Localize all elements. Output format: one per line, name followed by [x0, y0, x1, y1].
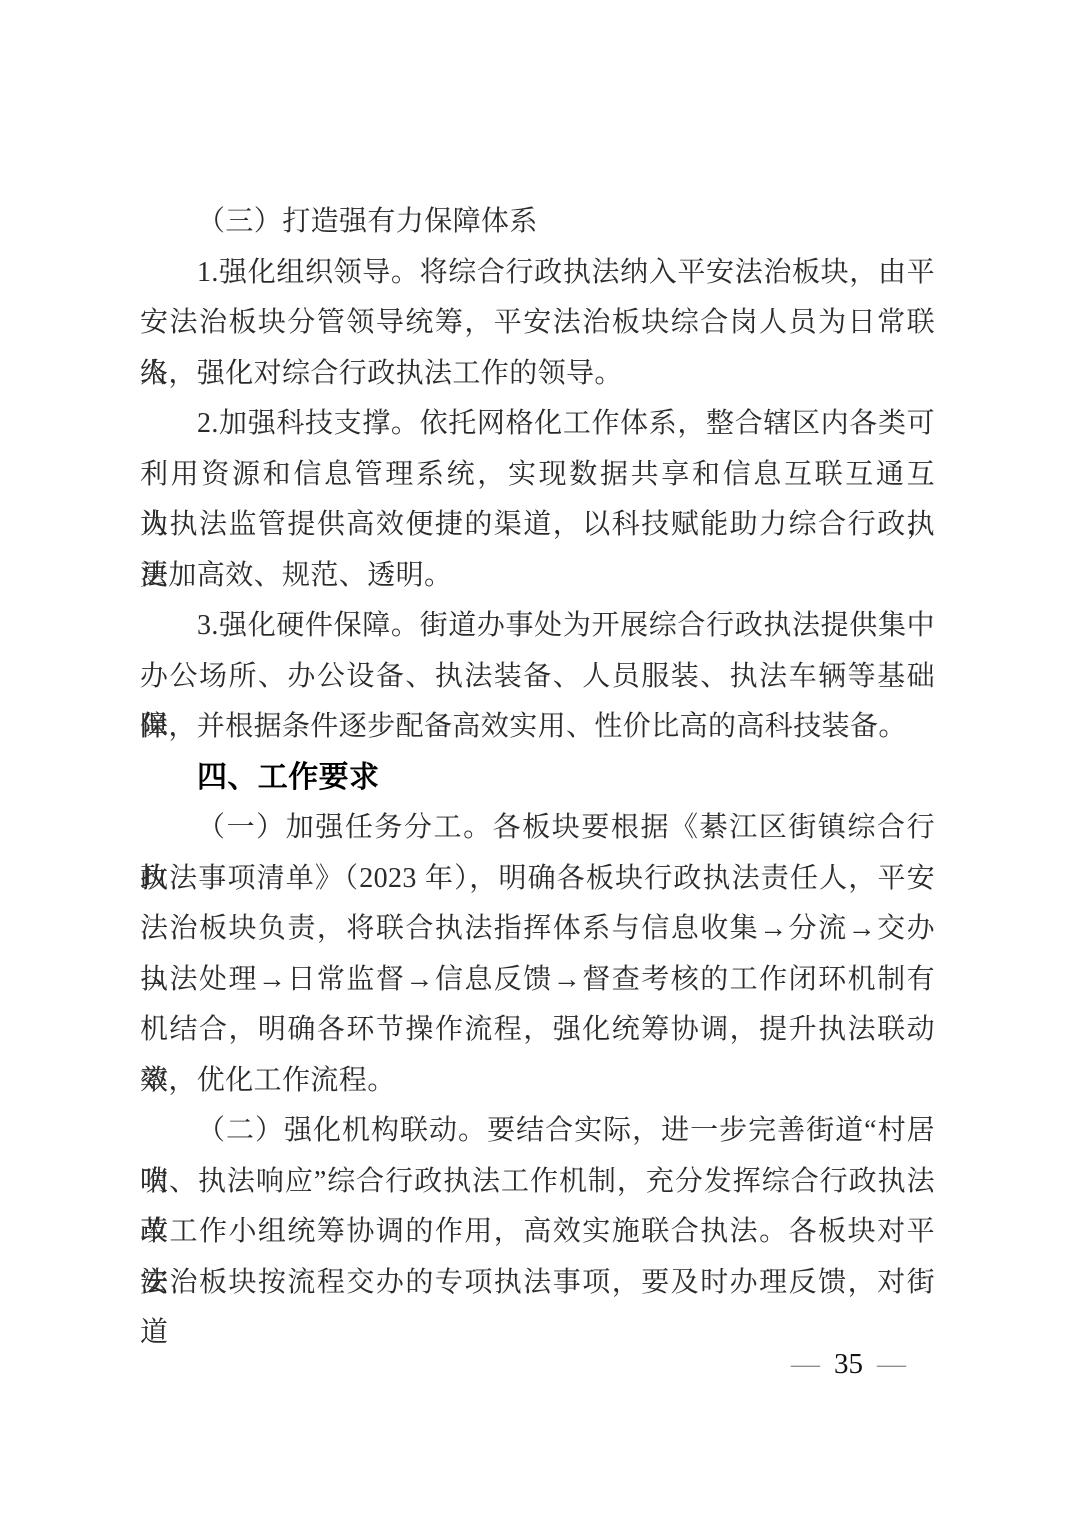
page-number-dash-left: — — [791, 1348, 820, 1381]
text-line: 法治板块按流程交办的专项执法事项，要及时办理反馈，对街道 — [140, 1258, 935, 1309]
text-line: 哨、执法响应”综合行政执法工作机制，充分发挥综合行政执法改 — [140, 1157, 935, 1208]
page-footer: — 35 — — [791, 1348, 906, 1381]
text-line: 办公场所、办公设备、执法装备、人员服装、执法车辆等基础保 — [140, 652, 935, 703]
text-line: （二）强化机构联动。要结合实际，进一步完善街道“村居吹 — [140, 1106, 935, 1157]
text-line: 2.加强科技支撑。依托网格化工作体系，整合辖区内各类可 — [140, 399, 935, 450]
text-line: 人，强化对综合行政执法工作的领导。 — [140, 349, 935, 400]
text-line: 执法事项清单》（2023 年），明确各板块行政执法责任人，平安 — [140, 854, 935, 905]
document-body: （三）打造强有力保障体系1.强化组织领导。将综合行政执法纳入平安法治板块，由平安… — [140, 197, 935, 1308]
text-line: 执法处理→日常监督→信息反馈→督查考核的工作闭环机制有 — [140, 955, 935, 1006]
text-line: （一）加强任务分工。各板块要根据《綦江区街镇综合行政 — [140, 803, 935, 854]
text-line: 率，优化工作流程。 — [140, 1056, 935, 1107]
text-line: 更加高效、规范、透明。 — [140, 551, 935, 602]
text-line: 为执法监管提供高效便捷的渠道，以科技赋能助力综合行政执法 — [140, 500, 935, 551]
text-line: 安法治板块分管领导统筹，平安法治板块综合岗人员为日常联络 — [140, 298, 935, 349]
text-line: 机结合，明确各环节操作流程，强化统筹协调，提升执法联动效 — [140, 1005, 935, 1056]
text-line: 障，并根据条件逐步配备高效实用、性价比高的高科技装备。 — [140, 702, 935, 753]
text-line: 利用资源和信息管理系统，实现数据共享和信息互联互通互认， — [140, 450, 935, 501]
text-line: 1.强化组织领导。将综合行政执法纳入平安法治板块，由平 — [140, 248, 935, 299]
text-line: 法治板块负责，将联合执法指挥体系与信息收集→分流→交办→ — [140, 904, 935, 955]
page-number-dash-right: — — [877, 1348, 906, 1381]
text-line: 革工作小组统筹协调的作用，高效实施联合执法。各板块对平安 — [140, 1207, 935, 1258]
document-page: （三）打造强有力保障体系1.强化组织领导。将综合行政执法纳入平安法治板块，由平安… — [0, 0, 1074, 1520]
section-heading: 四、工作要求 — [140, 753, 935, 804]
text-line: 3.强化硬件保障。街道办事处为开展综合行政执法提供集中 — [140, 601, 935, 652]
text-line: （三）打造强有力保障体系 — [140, 197, 935, 248]
page-number: 35 — [834, 1348, 863, 1381]
